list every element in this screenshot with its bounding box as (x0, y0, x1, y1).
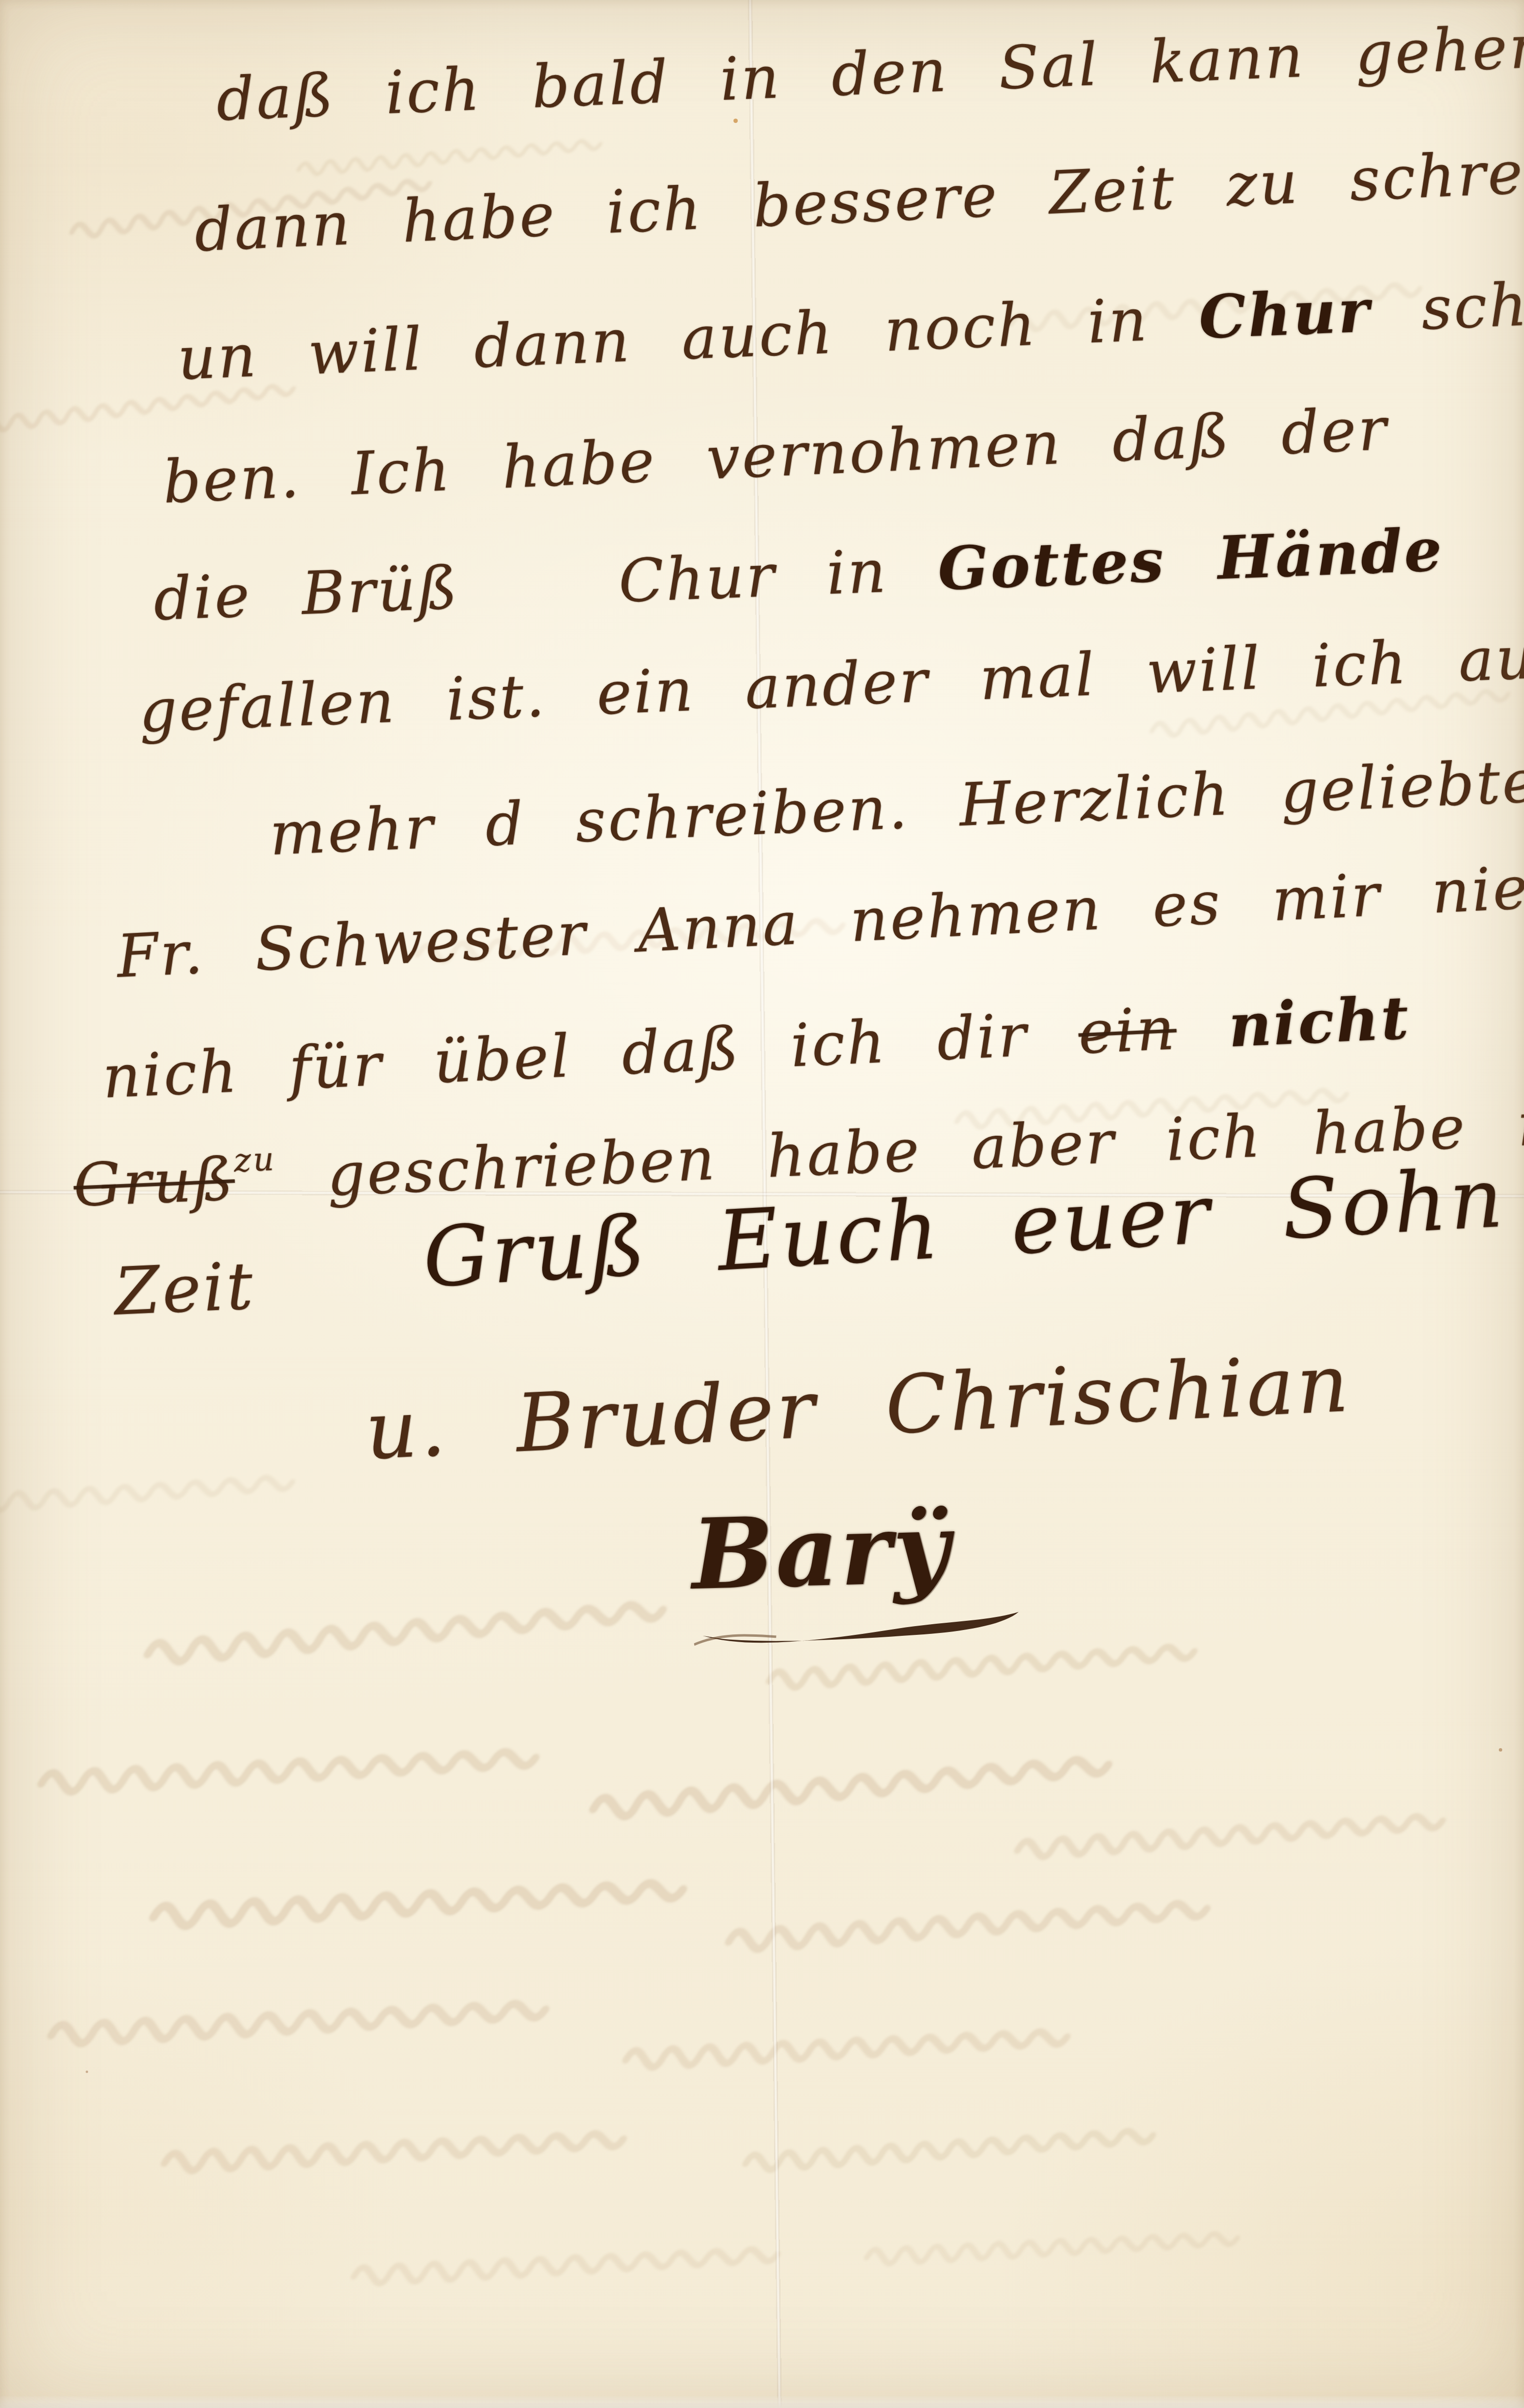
line-10-struck-word: Gruß (72, 1144, 236, 1220)
handwritten-line-11-left: Zeit (113, 1248, 257, 1330)
letter-scan-page: daß ich bald in den Sal kann gehen, dann… (0, 0, 1524, 2408)
line-5-gap (460, 602, 620, 608)
signature-block: Barÿ (690, 1489, 1033, 1658)
line-9-text-end: nicht (1175, 982, 1412, 1063)
line-5-place-name: Chur in (617, 535, 939, 616)
paper-speck (733, 119, 738, 123)
signature-flourish (693, 1589, 1033, 1656)
line-3-place-name: Chur (1198, 275, 1372, 352)
line-9-struck-word: ein (1077, 994, 1178, 1067)
line-5-text: die Brüß (152, 553, 460, 634)
line-10-inserted-word: zu (233, 1140, 276, 1180)
line-11-left-word: Zeit (113, 1248, 257, 1330)
line-3-text-end: schrei (1370, 267, 1524, 345)
scan-edge-bottom (0, 2396, 1524, 2408)
